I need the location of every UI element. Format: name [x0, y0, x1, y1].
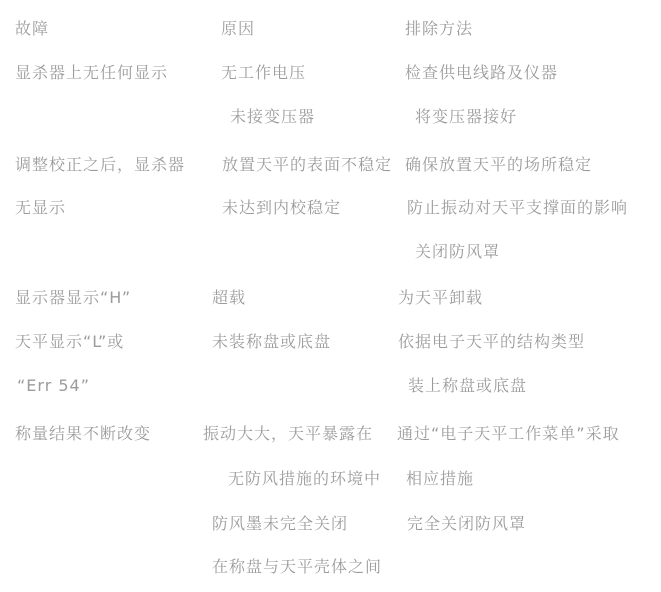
remedy-text: 完全关闭防风罩 [407, 515, 526, 533]
cause-text: 未装称盘或底盘 [212, 333, 331, 351]
remedy-text: 防止振动对天平支撑面的影响 [407, 199, 628, 217]
fault-text: 称量结果不断改变 [15, 425, 151, 443]
cause-text: 未达到内校稳定 [222, 199, 341, 217]
remedy-text: 确保放置天平的场所稳定 [405, 156, 592, 174]
fault-text: 调整校正之后，显杀器 [15, 156, 185, 174]
cause-text: 防风墨未完全关闭 [212, 515, 348, 533]
remedy-text: 关闭防风罩 [415, 243, 500, 261]
cause-text: 无工作电压 [221, 64, 306, 82]
column-header-fault: 故障 [15, 20, 49, 38]
cause-text: 无防风措施的环境中 [228, 470, 381, 488]
fault-text: “Err 54” [17, 377, 90, 395]
troubleshooting-document: 故障 原因 排除方法 显杀器上无任何显示 无工作电压 检查供电线路及仪器 未接变… [0, 0, 661, 592]
remedy-text: 将变压器接好 [415, 108, 517, 126]
fault-text: 天平显示“L”或 [15, 333, 124, 351]
fault-text: 显示器显示“H” [15, 289, 131, 307]
remedy-text: 为天平卸载 [398, 289, 483, 307]
cause-text: 振动大大，天平暴露在 [203, 425, 373, 443]
cause-text: 放置天平的表面不稳定 [222, 156, 392, 174]
column-header-remedy: 排除方法 [405, 20, 473, 38]
remedy-text: 通过“电子天平工作菜单”采取 [397, 425, 620, 443]
cause-text: 在称盘与天平壳体之间 [212, 558, 382, 576]
remedy-text: 检查供电线路及仪器 [405, 64, 558, 82]
column-header-cause: 原因 [221, 20, 255, 38]
fault-text: 显杀器上无任何显示 [15, 64, 168, 82]
fault-text: 无显示 [15, 199, 66, 217]
remedy-text: 装上称盘或底盘 [408, 377, 527, 395]
remedy-text: 相应措施 [406, 470, 474, 488]
cause-text: 未接变压器 [230, 108, 315, 126]
cause-text: 超载 [212, 289, 246, 307]
remedy-text: 依据电子天平的结构类型 [398, 333, 585, 351]
